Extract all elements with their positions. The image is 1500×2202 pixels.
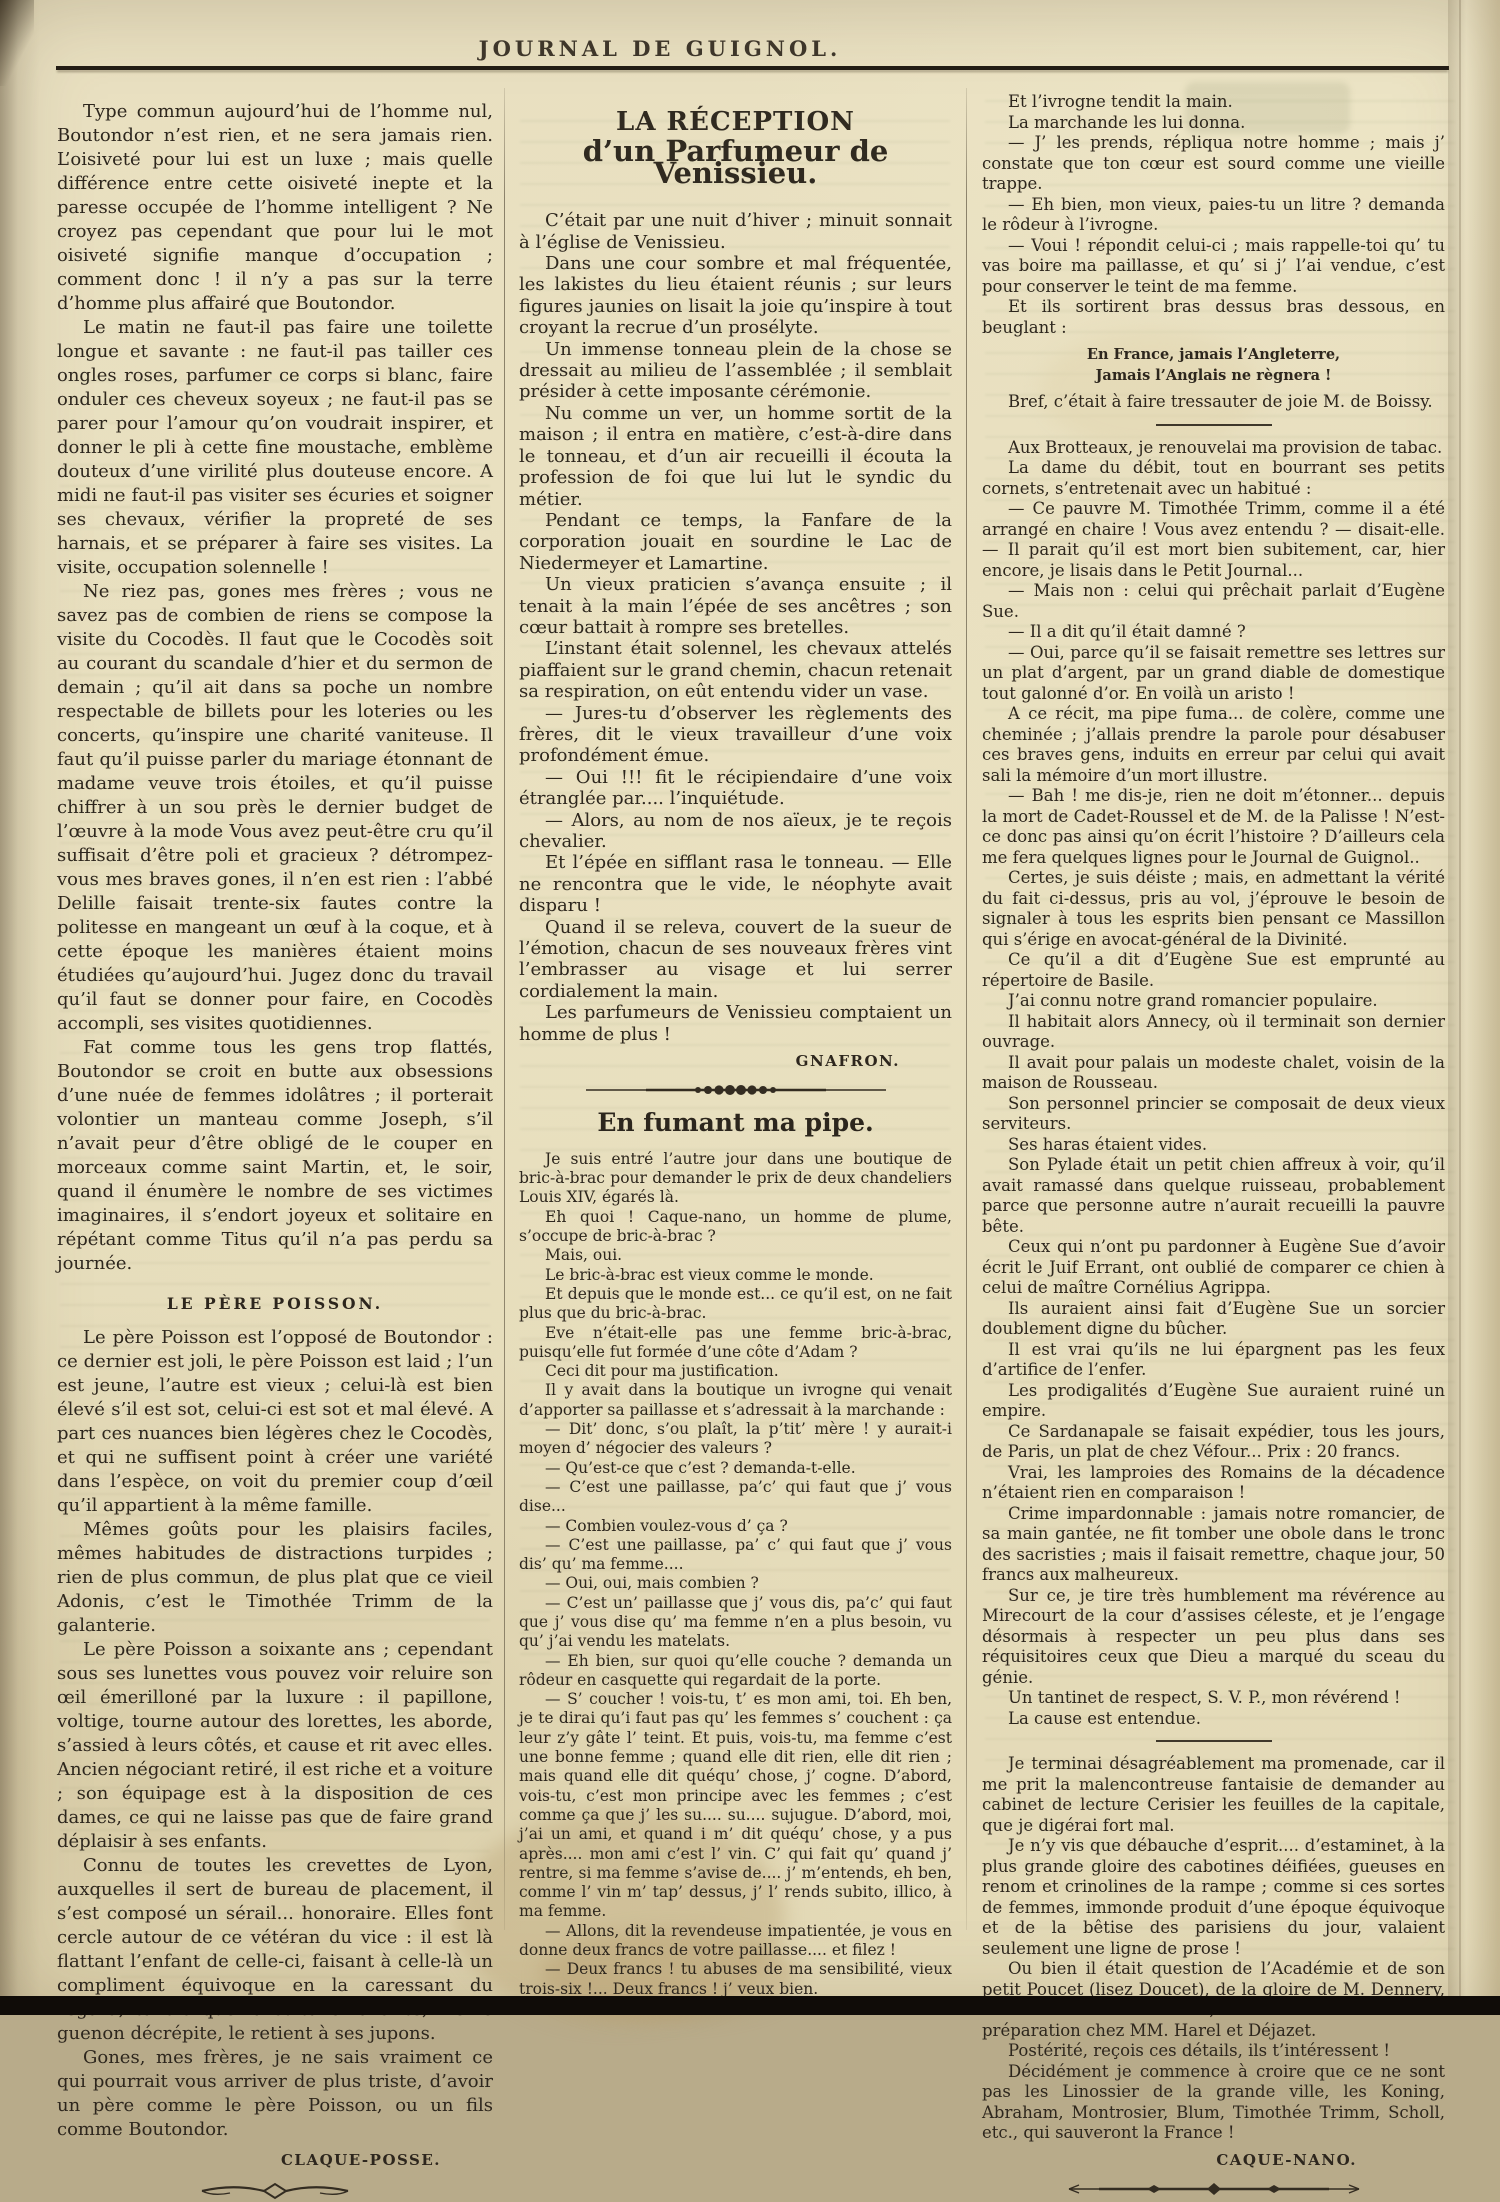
article-title-en-fumant: En fumant ma pipe.	[519, 1112, 952, 1133]
paragraph: Et l’ivrogne tendit la main.	[982, 92, 1445, 113]
signature-gnafron: GNAFRON.	[519, 1051, 952, 1072]
paragraph: Pendant ce temps, la Fanfare de la corpo…	[519, 510, 952, 574]
paragraph: La marchande les lui donna.	[982, 113, 1445, 134]
paragraph: Il habitait alors Annecy, où il terminai…	[982, 1012, 1445, 1053]
article-reception-body: C’était par une nuit d’hiver ; minuit so…	[519, 210, 952, 1045]
newspaper-page: JOURNAL DE GUIGNOL. Type commun aujourd’…	[0, 0, 1500, 2015]
page-edge-left	[0, 0, 40, 2015]
article-title-line2: d’un Parfumeur de Venissieu.	[519, 141, 952, 184]
paragraph: Le père Poisson est l’opposé de Boutondo…	[57, 1326, 493, 1518]
paragraph: Le bric-à-brac est vieux comme le monde.	[519, 1266, 952, 1285]
section-rule	[1156, 424, 1272, 426]
paragraph: Ce Sardanapale se faisait expédier, tous…	[982, 1422, 1445, 1463]
section-heading-pere-poisson: LE PÈRE POISSON.	[57, 1292, 493, 1316]
paragraph: Certes, je suis déiste ; mais, en admett…	[982, 868, 1445, 950]
paragraph: Les prodigalités d’Eugène Sue auraient r…	[982, 1381, 1445, 1422]
paragraph: Connu de toutes les crevettes de Lyon, a…	[57, 1854, 493, 2015]
paragraph: Vrai, les lamproies des Romains de la dé…	[982, 1463, 1445, 1504]
paragraph: — Oui, parce qu’il se faisait remettre s…	[982, 643, 1445, 705]
paragraph: — Oui, oui, mais combien ?	[519, 1574, 952, 1593]
paragraph: — Deux francs ! tu abuses de ma sensibil…	[519, 1960, 952, 1999]
paragraph: Je suis entré l’autre jour dans une bout…	[519, 1150, 952, 1208]
paragraph: C’était par une nuit d’hiver ; minuit so…	[519, 210, 952, 253]
paragraph: Nu comme un ver, un homme sortit de la m…	[519, 403, 952, 510]
paragraph: Eh quoi ! Caque-nano, un homme de plume,…	[519, 1208, 952, 1247]
paragraph: — Il a dit qu’il était damné ?	[982, 622, 1445, 643]
paragraph: Et ils sortirent bras dessus bras dessou…	[982, 297, 1445, 338]
paragraph: Quand il se releva, couvert de la sueur …	[519, 917, 952, 1003]
paragraph: Fat comme tous les gens trop flattés, Bo…	[57, 1036, 493, 1276]
paragraph: Ils auraient ainsi fait d’Eugène Sue un …	[982, 1299, 1445, 1340]
paragraph: La cause est entendue.	[982, 1709, 1445, 1730]
paragraph: — Mais non : celui qui prêchait parlait …	[982, 581, 1445, 622]
paragraph: Et l’épée en sifflant rasa le tonneau. —…	[519, 852, 952, 916]
paragraph: Un immense tonneau plein de la chose se …	[519, 339, 952, 403]
paragraph: — Oui !!! fit le récipiendaire d’une voi…	[519, 767, 952, 810]
paragraph: — Alors, au nom de nos aïeux, je te reço…	[519, 810, 952, 853]
paragraph: — J’ les prends, répliqua notre homme ; …	[982, 133, 1445, 195]
article-en-fumant-continued: Et l’ivrogne tendit la main.La marchande…	[982, 92, 1445, 338]
column-2: LA RÉCEPTION d’un Parfumeur de Venissieu…	[519, 106, 952, 1999]
paragraph: — Voui ! répondit celui-ci ; mais rappel…	[982, 236, 1445, 298]
paragraph: — S’ coucher ! vois-tu, t’ es mon ami, t…	[519, 1690, 952, 1922]
paragraph: — Eh bien, mon vieux, paies-tu un litre …	[982, 195, 1445, 236]
paragraph: Il est vrai qu’ils ne lui épargnent pas …	[982, 1340, 1445, 1381]
column-1: Type commun aujourd’hui de l’homme nul, …	[57, 100, 493, 2015]
paragraph: Et depuis que le monde est... ce qu’il e…	[519, 1285, 952, 1324]
paragraph: — Bah ! me dis-je, rien ne doit m’étonne…	[982, 786, 1445, 868]
paragraph: Crime impardonnable : jamais notre roman…	[982, 1504, 1445, 1586]
paragraph: — Eh bien, sur quoi qu’elle couche ? dem…	[519, 1652, 952, 1691]
paragraph: Son Pylade était un petit chien affreux …	[982, 1155, 1445, 1237]
page-fold-corner	[0, 0, 34, 86]
paragraph: Mais, oui.	[519, 1246, 952, 1265]
paragraph: Ceci dit pour ma justification.	[519, 1362, 952, 1381]
paragraph: Jamais l’Anglais ne règnera !	[982, 365, 1445, 386]
paragraph: Son personnel princier se composait de d…	[982, 1094, 1445, 1135]
paragraph: En France, jamais l’Angleterre,	[982, 344, 1445, 365]
paragraph: La dame du débit, tout en bourrant ses p…	[982, 458, 1445, 499]
paragraph: Je terminai désagréablement ma promenade…	[982, 1754, 1445, 1836]
paragraph: Sur ce, je tire très humblement ma révér…	[982, 1586, 1445, 1689]
paragraph: A ce récit, ma pipe fuma... de colère, c…	[982, 704, 1445, 786]
paragraph: — C’est une paillasse, pa’c’ qui faut qu…	[519, 1478, 952, 1517]
paragraph: Eve n’était-elle pas une femme bric-à-br…	[519, 1324, 952, 1363]
article-en-fumant-body: Je suis entré l’autre jour dans une bout…	[519, 1150, 952, 1999]
scan-edge-bottom	[0, 1996, 1500, 2015]
header-rule	[56, 66, 1449, 70]
article-boutondor: Type commun aujourd’hui de l’homme nul, …	[57, 100, 493, 1276]
page-crease	[1459, 0, 1461, 2015]
column-3: Et l’ivrogne tendit la main.La marchande…	[982, 92, 1445, 2015]
page-title: JOURNAL DE GUIGNOL.	[470, 36, 850, 61]
paragraph: — Dit’ donc, s’ou plaît, la p’tit’ mère …	[519, 1420, 952, 1459]
paragraph: — Jures-tu d’observer les règlements des…	[519, 703, 952, 767]
article-pere-poisson: Le père Poisson est l’opposé de Boutondo…	[57, 1326, 493, 2015]
paragraph: Ne riez pas, gones mes frères ; vous ne …	[57, 580, 493, 1036]
paragraph: Dans une cour sombre et mal fréquentée, …	[519, 253, 952, 339]
column-divider-left	[504, 88, 505, 1930]
paragraph: Ceux qui n’ont pu pardonner à Eugène Sue…	[982, 1237, 1445, 1299]
paragraph: — Allons, dit la revendeuse impatientée,…	[519, 1922, 952, 1961]
page-edge-right	[1448, 0, 1500, 2015]
paragraph: Le père Poisson a soixante ans ; cependa…	[57, 1638, 493, 1854]
paragraph: L’instant était solennel, les chevaux at…	[519, 638, 952, 702]
paragraph: Un vieux praticien s’avança ensuite ; il…	[519, 574, 952, 638]
column-divider-right	[966, 88, 967, 1930]
paragraph: — Qu’est-ce que c’est ? demanda-t-elle.	[519, 1459, 952, 1478]
article-conclusion: Je terminai désagréablement ma promenade…	[982, 1754, 1445, 2015]
paragraph: Aux Brotteaux, je renouvelai ma provisio…	[982, 438, 1445, 459]
beaded-divider-ornament	[586, 1082, 886, 1098]
paragraph: Je n’y vis que débauche d’esprit.... d’e…	[982, 1836, 1445, 1959]
article-brotteaux: Aux Brotteaux, je renouvelai ma provisio…	[982, 438, 1445, 1730]
paragraph: — C’est un’ paillasse que j’ vous dis, p…	[519, 1594, 952, 1652]
paragraph: Ses haras étaient vides.	[982, 1135, 1445, 1156]
paragraph: Type commun aujourd’hui de l’homme nul, …	[57, 100, 493, 316]
paragraph: — Ce pauvre M. Timothée Trimm, comme il …	[982, 499, 1445, 581]
paragraph: Mêmes goûts pour les plaisirs faciles, m…	[57, 1518, 493, 1638]
paragraph: Les parfumeurs de Venissieu comptaient u…	[519, 1002, 952, 1045]
paragraph: — C’est une paillasse, pa’ c’ qui faut q…	[519, 1536, 952, 1575]
paragraph: Un tantinet de respect, S. V. P., mon ré…	[982, 1688, 1445, 1709]
paragraph: Il y avait dans la boutique un ivrogne q…	[519, 1381, 952, 1420]
paragraph: Il avait pour palais un modeste chalet, …	[982, 1053, 1445, 1094]
paragraph: Le matin ne faut-il pas faire une toilet…	[57, 316, 493, 580]
paragraph: Ce qu’il a dit d’Eugène Sue est emprunté…	[982, 950, 1445, 991]
section-rule	[1156, 1740, 1272, 1742]
paragraph-boissy: Bref, c’était à faire tressauter de joie…	[982, 392, 1445, 413]
song-verse: En France, jamais l’Angleterre,Jamais l’…	[982, 344, 1445, 386]
article-title-line1: LA RÉCEPTION	[519, 112, 952, 133]
paragraph: J’ai connu notre grand romancier populai…	[982, 991, 1445, 1012]
paragraph: — Combien voulez-vous d’ ça ?	[519, 1517, 952, 1536]
